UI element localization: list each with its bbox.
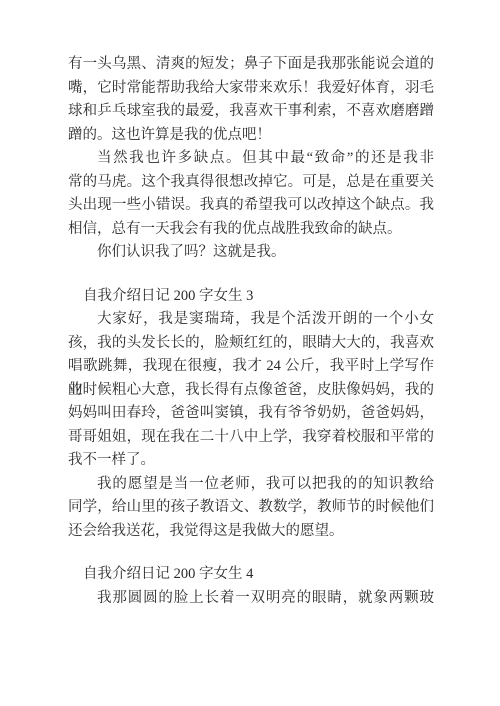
- text-line: 妈妈叫田春玲，爸爸叫窦镇，我有爷爷奶奶，爸爸妈妈，: [68, 402, 434, 426]
- paragraph: 有一头乌黑、清爽的短发；鼻子下面是我那张能说会道的嘴，它时常能帮助我给大家带来欢…: [68, 53, 434, 147]
- text-line: 当然我也许多缺点。但其中最“致命”的还是我非: [68, 147, 434, 171]
- paragraph: 当然我也许多缺点。但其中最“致命”的还是我非常的马虎。这个我真得很想改掉它。可是…: [68, 147, 434, 241]
- text-line: 我不一样了。: [68, 449, 434, 473]
- text-line: 我的愿望是当一位老师，我可以把我的的知识教给: [68, 473, 434, 497]
- text-line: 唱歌跳舞，我现在很瘦，我才 24 公斤，我平时上学写作业: [68, 355, 434, 379]
- text-line: 的时候粗心大意，我长得有点像爸爸，皮肤像妈妈，我的: [68, 379, 434, 403]
- text-line: 你们认识我了吗？这就是我。: [68, 241, 434, 265]
- text-line: 同学，给山里的孩子教语文、教数学，教师节的时候他们: [68, 496, 434, 520]
- section-heading: 自我介绍日记 200 字女生 4: [68, 563, 434, 587]
- document-body: 有一头乌黑、清爽的短发；鼻子下面是我那张能说会道的嘴，它时常能帮助我给大家带来欢…: [68, 53, 434, 610]
- text-line: 常的马虎。这个我真得很想改掉它。可是，总是在重要关: [68, 171, 434, 195]
- text-line: 相信，总有一天我会有我的优点战胜我致命的缺点。: [68, 218, 434, 242]
- paragraph: 我的愿望是当一位老师，我可以把我的的知识教给同学，给山里的孩子教语文、教数学，教…: [68, 473, 434, 544]
- text-line: 大家好，我是窦瑞琦，我是个活泼开朗的一个小女: [68, 308, 434, 332]
- text-line: 嘴，它时常能帮助我给大家带来欢乐！我爱好体育，羽毛: [68, 77, 434, 101]
- paragraph: 我那圆圆的脸上长着一双明亮的眼睛，就象两颗玻: [68, 587, 434, 611]
- text-line: 还会给我送花，我觉得这是我做大的愿望。: [68, 520, 434, 544]
- text-line: 头出现一些小错误。我真的希望我可以改掉这个缺点。我: [68, 194, 434, 218]
- text-line: 我那圆圆的脸上长着一双明亮的眼睛，就象两颗玻: [68, 587, 434, 611]
- text-line: 孩，我的头发长长的，脸颊红红的，眼睛大大的，我喜欢: [68, 332, 434, 356]
- section-heading: 自我介绍日记 200 字女生 3: [68, 285, 434, 309]
- text-line: 哥哥姐姐，现在我在二十八中上学，我穿着校服和平常的: [68, 426, 434, 450]
- text-line: 蹭的。这也许算是我的优点吧！: [68, 124, 434, 148]
- document-page: 有一头乌黑、清爽的短发；鼻子下面是我那张能说会道的嘴，它时常能帮助我给大家带来欢…: [0, 0, 500, 706]
- text-line: 球和乒乓球室我的最爱，我喜欢干事利索，不喜欢磨磨蹭: [68, 100, 434, 124]
- paragraph: 你们认识我了吗？这就是我。: [68, 241, 434, 265]
- text-line: 有一头乌黑、清爽的短发；鼻子下面是我那张能说会道的: [68, 53, 434, 77]
- paragraph: 大家好，我是窦瑞琦，我是个活泼开朗的一个小女孩，我的头发长长的，脸颊红红的，眼睛…: [68, 308, 434, 473]
